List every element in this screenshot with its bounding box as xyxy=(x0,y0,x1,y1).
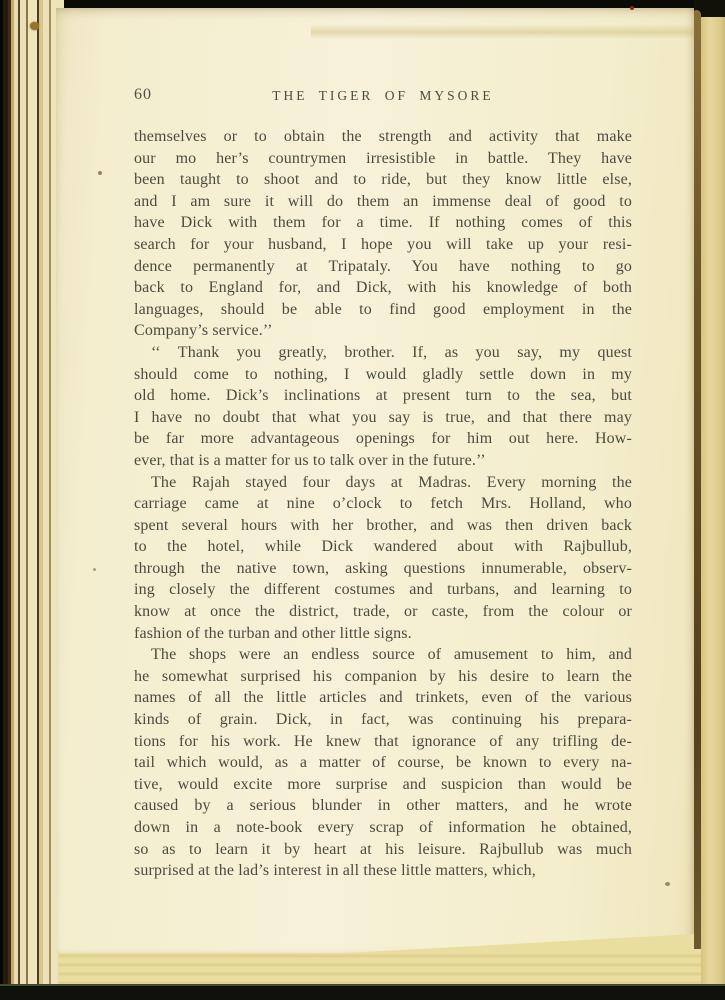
paragraph: The Rajah stayed four days at Madras. Ev… xyxy=(134,472,632,645)
text-line: to the hotel, while Dick wandered about … xyxy=(134,536,632,558)
text-line: names of all the little articles and tri… xyxy=(134,687,632,709)
bottom-page-edges xyxy=(58,949,701,987)
text-line: our mo her’s countrymen irresistible in … xyxy=(134,148,632,170)
text-line: know at once the district, trade, or cas… xyxy=(134,601,632,623)
text-line: down in a note-book every scrap of infor… xyxy=(134,817,632,839)
text-line: I have no doubt that what you say is tru… xyxy=(134,407,632,429)
text-line: The shops were an endless source of amus… xyxy=(134,644,632,666)
page-header: 60 THE TIGER OF MYSORE xyxy=(134,86,632,108)
paragraph: The shops were an endless source of amus… xyxy=(134,644,632,882)
text-line: back to England for, and Dick, with his … xyxy=(134,277,632,299)
text-line: he somewhat surprised his companion by h… xyxy=(134,666,632,688)
page-bottom-corner-edge xyxy=(329,934,694,954)
paragraph: themselves or to obtain the strength and… xyxy=(134,126,632,342)
book-top-edge xyxy=(0,0,725,7)
text-line: ever, that is a matter for us to talk ov… xyxy=(134,450,632,472)
text-line: fashion of the turban and other little s… xyxy=(134,623,632,645)
text-line: languages, should be able to find good e… xyxy=(134,299,632,321)
text-block: themselves or to obtain the strength and… xyxy=(134,126,632,882)
text-line: tions for his work. He knew that ignoran… xyxy=(134,731,632,753)
text-line: been taught to shoot and to ride, but th… xyxy=(134,169,632,191)
text-line: tail which would, as a matter of course,… xyxy=(134,752,632,774)
paper-speck xyxy=(630,6,634,10)
book-gutter-page-edges xyxy=(0,0,64,1000)
text-line: Company’s service.’’ xyxy=(134,320,632,342)
text-line: be far more advantageous openings for hi… xyxy=(134,428,632,450)
running-header: THE TIGER OF MYSORE xyxy=(134,88,632,104)
text-line: tive, would excite more surprise and sus… xyxy=(134,774,632,796)
text-line: caused by a serious blunder in other mat… xyxy=(134,795,632,817)
text-line: carriage came at nine o’clock to fetch M… xyxy=(134,493,632,515)
book-fore-edge xyxy=(700,10,725,992)
text-line: surprised at the lad’s interest in all t… xyxy=(134,860,632,882)
paper-speck xyxy=(665,882,670,886)
text-line: old home. Dick’s inclinations at present… xyxy=(134,385,632,407)
text-line: should come to nothing, I would gladly s… xyxy=(134,364,632,386)
text-line: dence permanently at Tripataly. You have… xyxy=(134,256,632,278)
book-bottom-edge xyxy=(0,984,725,1000)
text-line: through the native town, asking question… xyxy=(134,558,632,580)
book-page: 60 THE TIGER OF MYSORE themselves or to … xyxy=(56,8,694,953)
paragraph: ‘‘ Thank you greatly, brother. If, as yo… xyxy=(134,342,632,472)
text-line: search for your husband, I hope you will… xyxy=(134,234,632,256)
text-line: spent several hours with her brother, an… xyxy=(134,515,632,537)
book-scan: 60 THE TIGER OF MYSORE themselves or to … xyxy=(0,0,725,1000)
paper-speck xyxy=(93,568,96,571)
text-line: so as to learn it by heart at his leisur… xyxy=(134,839,632,861)
text-line: The Rajah stayed four days at Madras. Ev… xyxy=(134,472,632,494)
page-top-shading xyxy=(311,24,694,39)
text-line: themselves or to obtain the strength and… xyxy=(134,126,632,148)
paper-stain xyxy=(30,22,39,30)
paper-speck xyxy=(98,171,102,175)
text-line: kinds of grain. Dick, in fact, was conti… xyxy=(134,709,632,731)
text-line: ‘‘ Thank you greatly, brother. If, as yo… xyxy=(134,342,632,364)
text-line: have Dick with them for a time. If nothi… xyxy=(134,212,632,234)
text-line: ing closely the different costumes and t… xyxy=(134,579,632,601)
text-line: and I am sure it will do them an immense… xyxy=(134,191,632,213)
